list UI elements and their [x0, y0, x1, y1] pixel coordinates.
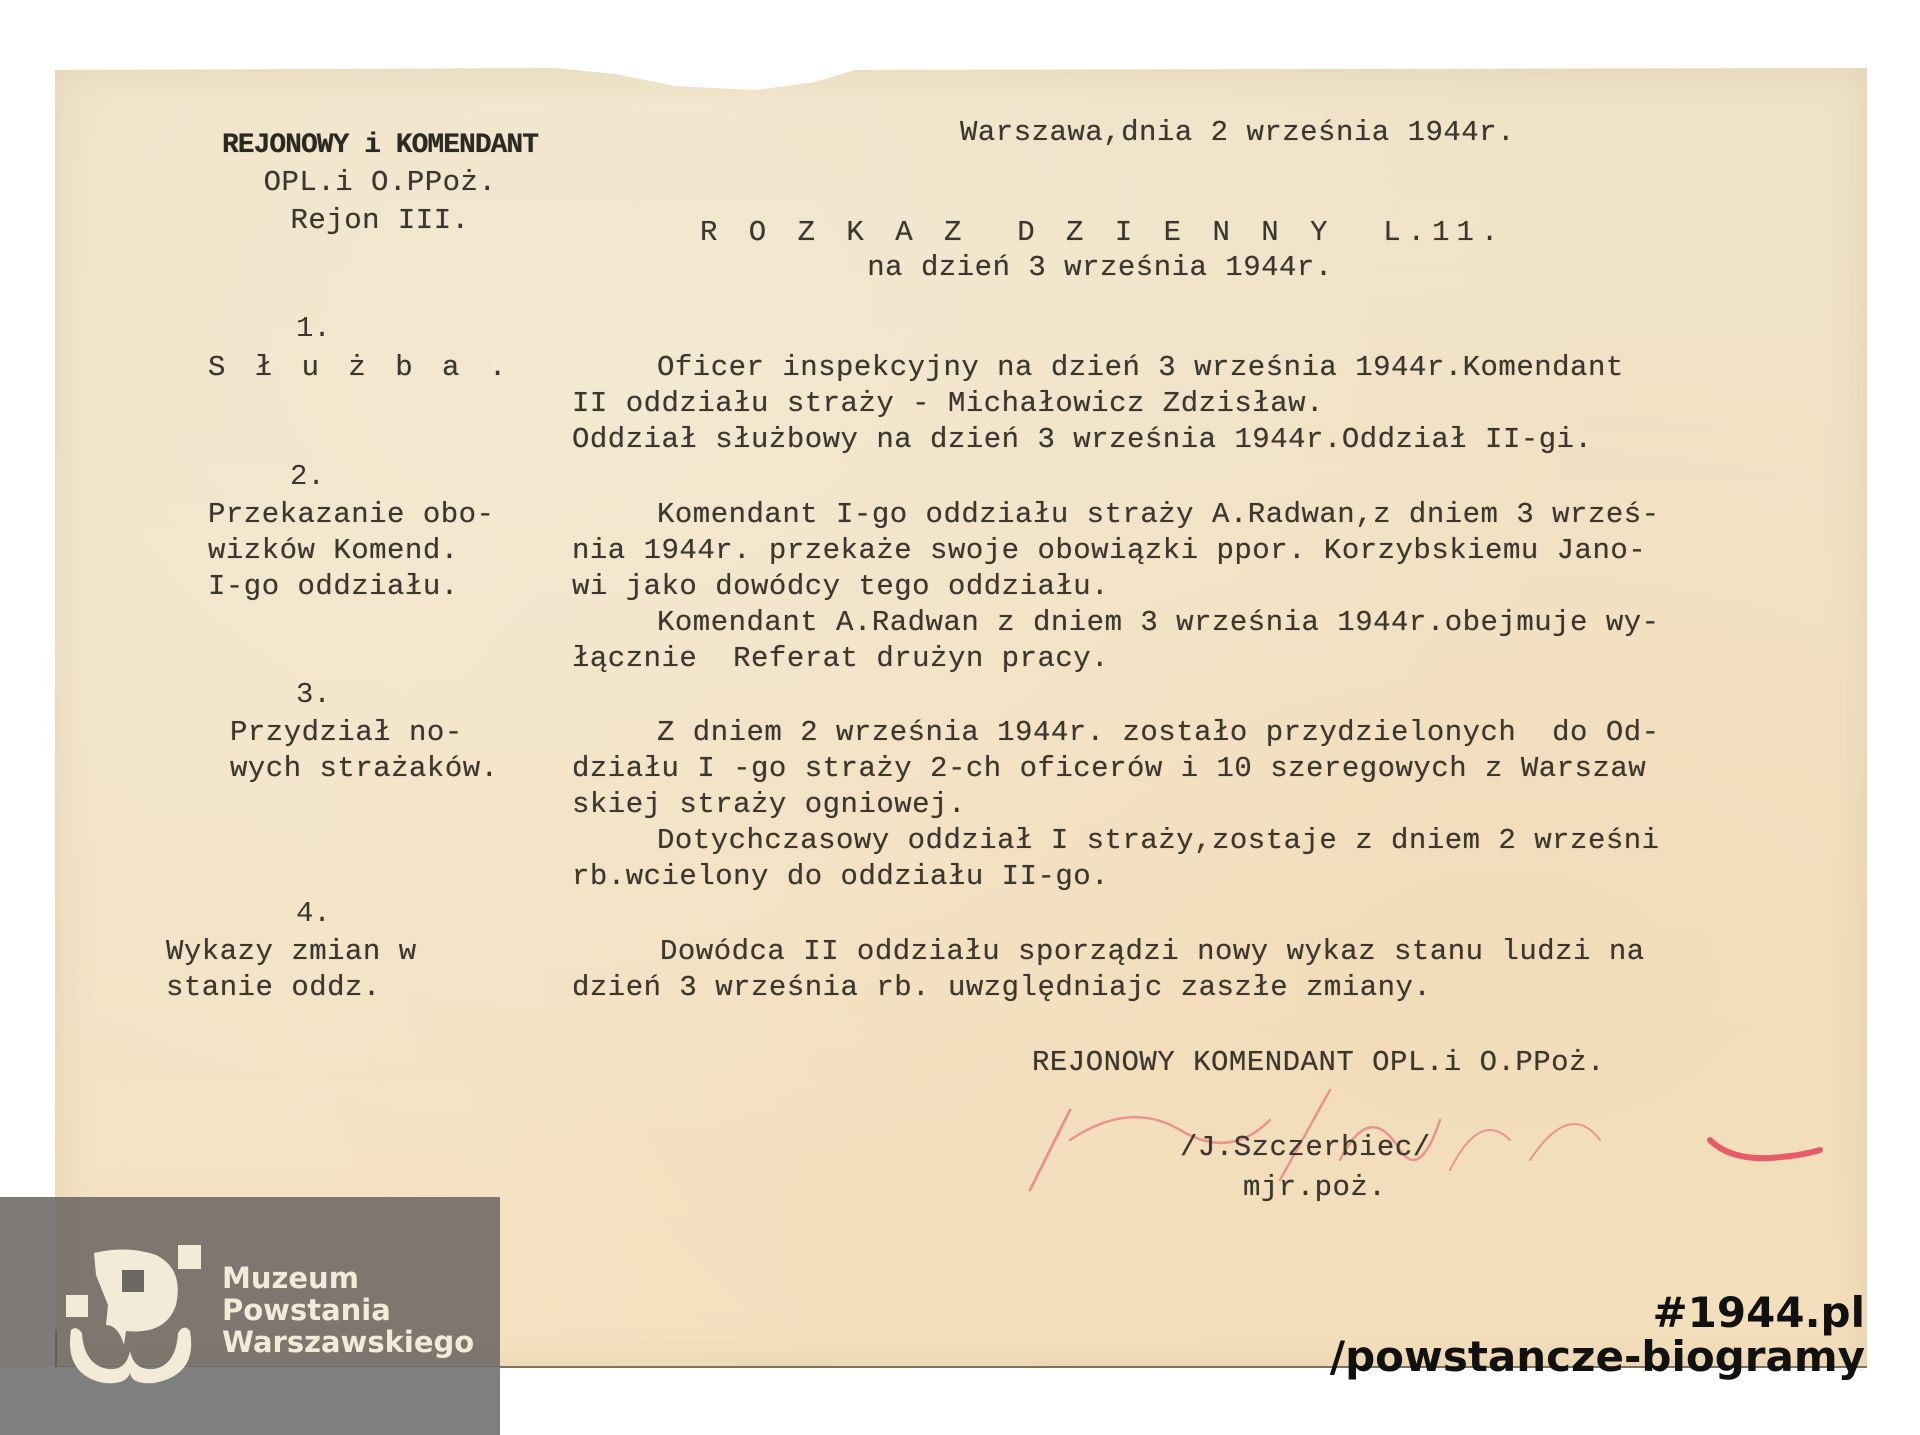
section-body-line: Z dniem 2 września 1944r. zostało przydz…	[657, 715, 1660, 751]
section-number: 3.	[296, 678, 331, 711]
signatory-name: /J.Szczerbiec/	[1180, 1130, 1431, 1166]
section-body-line: działu I -go straży 2-ch oficerów i 10 s…	[572, 751, 1646, 787]
section-body-line: łącznie Referat drużyn pracy.	[572, 641, 1109, 677]
section-body-line: II oddziału straży - Michałowicz Zdzisła…	[572, 386, 1324, 422]
section-body-line: dzień 3 września rb. uwzględniajc zaszłe…	[572, 970, 1431, 1006]
site-path: /powstancze-biogramy	[1330, 1334, 1865, 1380]
museum-name-line: Powstania	[222, 1294, 474, 1326]
section-label: S ł u ż b a .	[208, 350, 512, 386]
kotwica-anchor-icon	[66, 1245, 201, 1385]
section-label: I-go oddziału.	[208, 569, 459, 605]
section-label: Wykazy zmian w	[166, 934, 417, 970]
section-body-line: skiej straży ogniowej.	[572, 787, 966, 823]
section-number: 2.	[290, 460, 325, 493]
section-body-line: Dotychczasowy oddział I straży,zostaje z…	[657, 823, 1660, 859]
museum-name: Muzeum Powstania Warszawskiego	[222, 1262, 474, 1358]
section-body-line: rb.wcielony do oddziału II-go.	[572, 859, 1109, 895]
section-body-line: wi jako dowódcy tego oddziału.	[572, 569, 1109, 605]
issuer-line: OPL.i O.PPoż.	[180, 165, 580, 201]
museum-name-line: Muzeum	[222, 1262, 474, 1294]
section-body-line: Komendant A.Radwan z dniem 3 września 19…	[657, 605, 1660, 641]
section-body-line: Oddział służbowy na dzień 3 września 194…	[572, 422, 1592, 458]
place-date: Warszawa,dnia 2 września 1944r.	[960, 115, 1515, 151]
section-body-line: Dowódca II oddziału sporządzi nowy wykaz…	[660, 934, 1645, 970]
museum-name-line: Warszawskiego	[222, 1326, 474, 1358]
section-label: wizków Komend.	[208, 533, 459, 569]
section-label: Przydział no-	[230, 715, 463, 751]
signatory-rank: mjr.poż.	[1243, 1170, 1386, 1206]
document-title: R O Z K A Z D Z I E N N Y L.11.	[700, 215, 1500, 251]
section-body-line: Komendant I-go oddziału straży A.Radwan,…	[657, 497, 1660, 533]
section-body-line: nia 1944r. przekaże swoje obowiązki ppor…	[572, 533, 1646, 569]
closing-office: REJONOWY KOMENDANT OPL.i O.PPoż.	[1032, 1045, 1605, 1081]
section-number: 1.	[296, 312, 331, 345]
section-number: 4.	[296, 897, 331, 930]
section-label: wych strażaków.	[230, 751, 499, 787]
site-hashtag: #1944.pl	[1652, 1290, 1865, 1336]
issuer-line: Rejon III.	[180, 203, 580, 239]
issuer-line: REJONOWY i KOMENDANT	[180, 128, 580, 164]
section-label: Przekazanie obo-	[208, 497, 494, 533]
document-subtitle: na dzień 3 września 1944r.	[700, 250, 1500, 286]
section-label: stanie oddz.	[166, 970, 381, 1006]
section-body-line: Oficer inspekcyjny na dzień 3 września 1…	[657, 350, 1624, 386]
